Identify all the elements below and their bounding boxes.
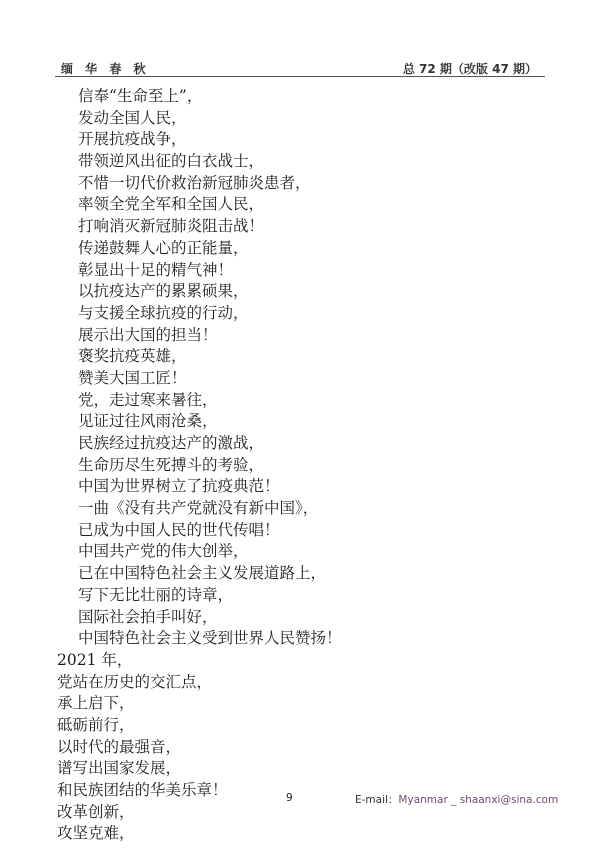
- poem-line: 以时代的最强音，: [57, 737, 557, 759]
- poem-line: 中国为世界树立了抗疫典范！: [57, 476, 557, 498]
- page-number: 9: [286, 792, 293, 804]
- poem-line: 中国特色社会主义受到世界人民赞扬！: [57, 628, 557, 650]
- poem-line: 砥砺前行，: [57, 715, 557, 737]
- poem-line: 党，走过寒来暑往，: [57, 390, 557, 412]
- poem-line: 信奉“生命至上”，: [57, 86, 557, 108]
- poem-line: 一曲《没有共产党就没有新中国》，: [57, 498, 557, 520]
- publication-title: 缅 华 春 秋: [61, 60, 150, 77]
- poem-line: 中国共产党的伟大创举，: [57, 541, 557, 563]
- poem-line: 2021 年，: [57, 650, 557, 672]
- poem-line: 生命历尽生死搏斗的考验，: [57, 455, 557, 477]
- poem-line: 与支援全球抗疫的行动，: [57, 303, 557, 325]
- poem-line: 褒奖抗疫英雄，: [57, 346, 557, 368]
- poem-body: 信奉“生命至上”，发动全国人民，开展抗疫战争，带领逆风出征的白衣战士，不惜一切代…: [57, 86, 557, 845]
- issue-info: 总 72 期（改版 47 期）: [403, 60, 537, 77]
- poem-line: 传递鼓舞人心的正能量，: [57, 238, 557, 260]
- poem-line: 已在中国特色社会主义发展道路上，: [57, 563, 557, 585]
- page-footer: 9 E-mail：Myanmar _ shaanxi@sina.com: [0, 792, 600, 808]
- poem-line: 国际社会拍手叫好，: [57, 607, 557, 629]
- poem-line: 开展抗疫战争，: [57, 129, 557, 151]
- poem-line: 党站在历史的交汇点，: [57, 672, 557, 694]
- email-label: E-mail：: [355, 794, 398, 806]
- email-contact: E-mail：Myanmar _ shaanxi@sina.com: [355, 792, 558, 807]
- poem-line: 民族经过抗疫达产的激战，: [57, 433, 557, 455]
- poem-line: 攻坚克难，: [57, 823, 557, 845]
- poem-line: 承上启下，: [57, 693, 557, 715]
- poem-line: 谱写出国家发展，: [57, 758, 557, 780]
- poem-line: 以抗疫达产的累累硕果，: [57, 281, 557, 303]
- poem-line: 不惜一切代价救治新冠肺炎患者，: [57, 173, 557, 195]
- poem-line: 已成为中国人民的世代传唱！: [57, 520, 557, 542]
- page-header: 缅 华 春 秋 总 72 期（改版 47 期）: [55, 58, 545, 77]
- poem-line: 赞美大国工匠！: [57, 368, 557, 390]
- poem-line: 打响消灭新冠肺炎阻击战！: [57, 216, 557, 238]
- poem-line: 展示出大国的担当！: [57, 325, 557, 347]
- poem-line: 发动全国人民，: [57, 108, 557, 130]
- poem-line: 彰显出十足的精气神！: [57, 260, 557, 282]
- poem-line: 写下无比壮丽的诗章，: [57, 585, 557, 607]
- poem-line: 带领逆风出征的白衣战士，: [57, 151, 557, 173]
- poem-line: 见证过往风雨沧桑，: [57, 411, 557, 433]
- email-address[interactable]: Myanmar _ shaanxi@sina.com: [398, 794, 558, 806]
- poem-line: 率领全党全军和全国人民，: [57, 194, 557, 216]
